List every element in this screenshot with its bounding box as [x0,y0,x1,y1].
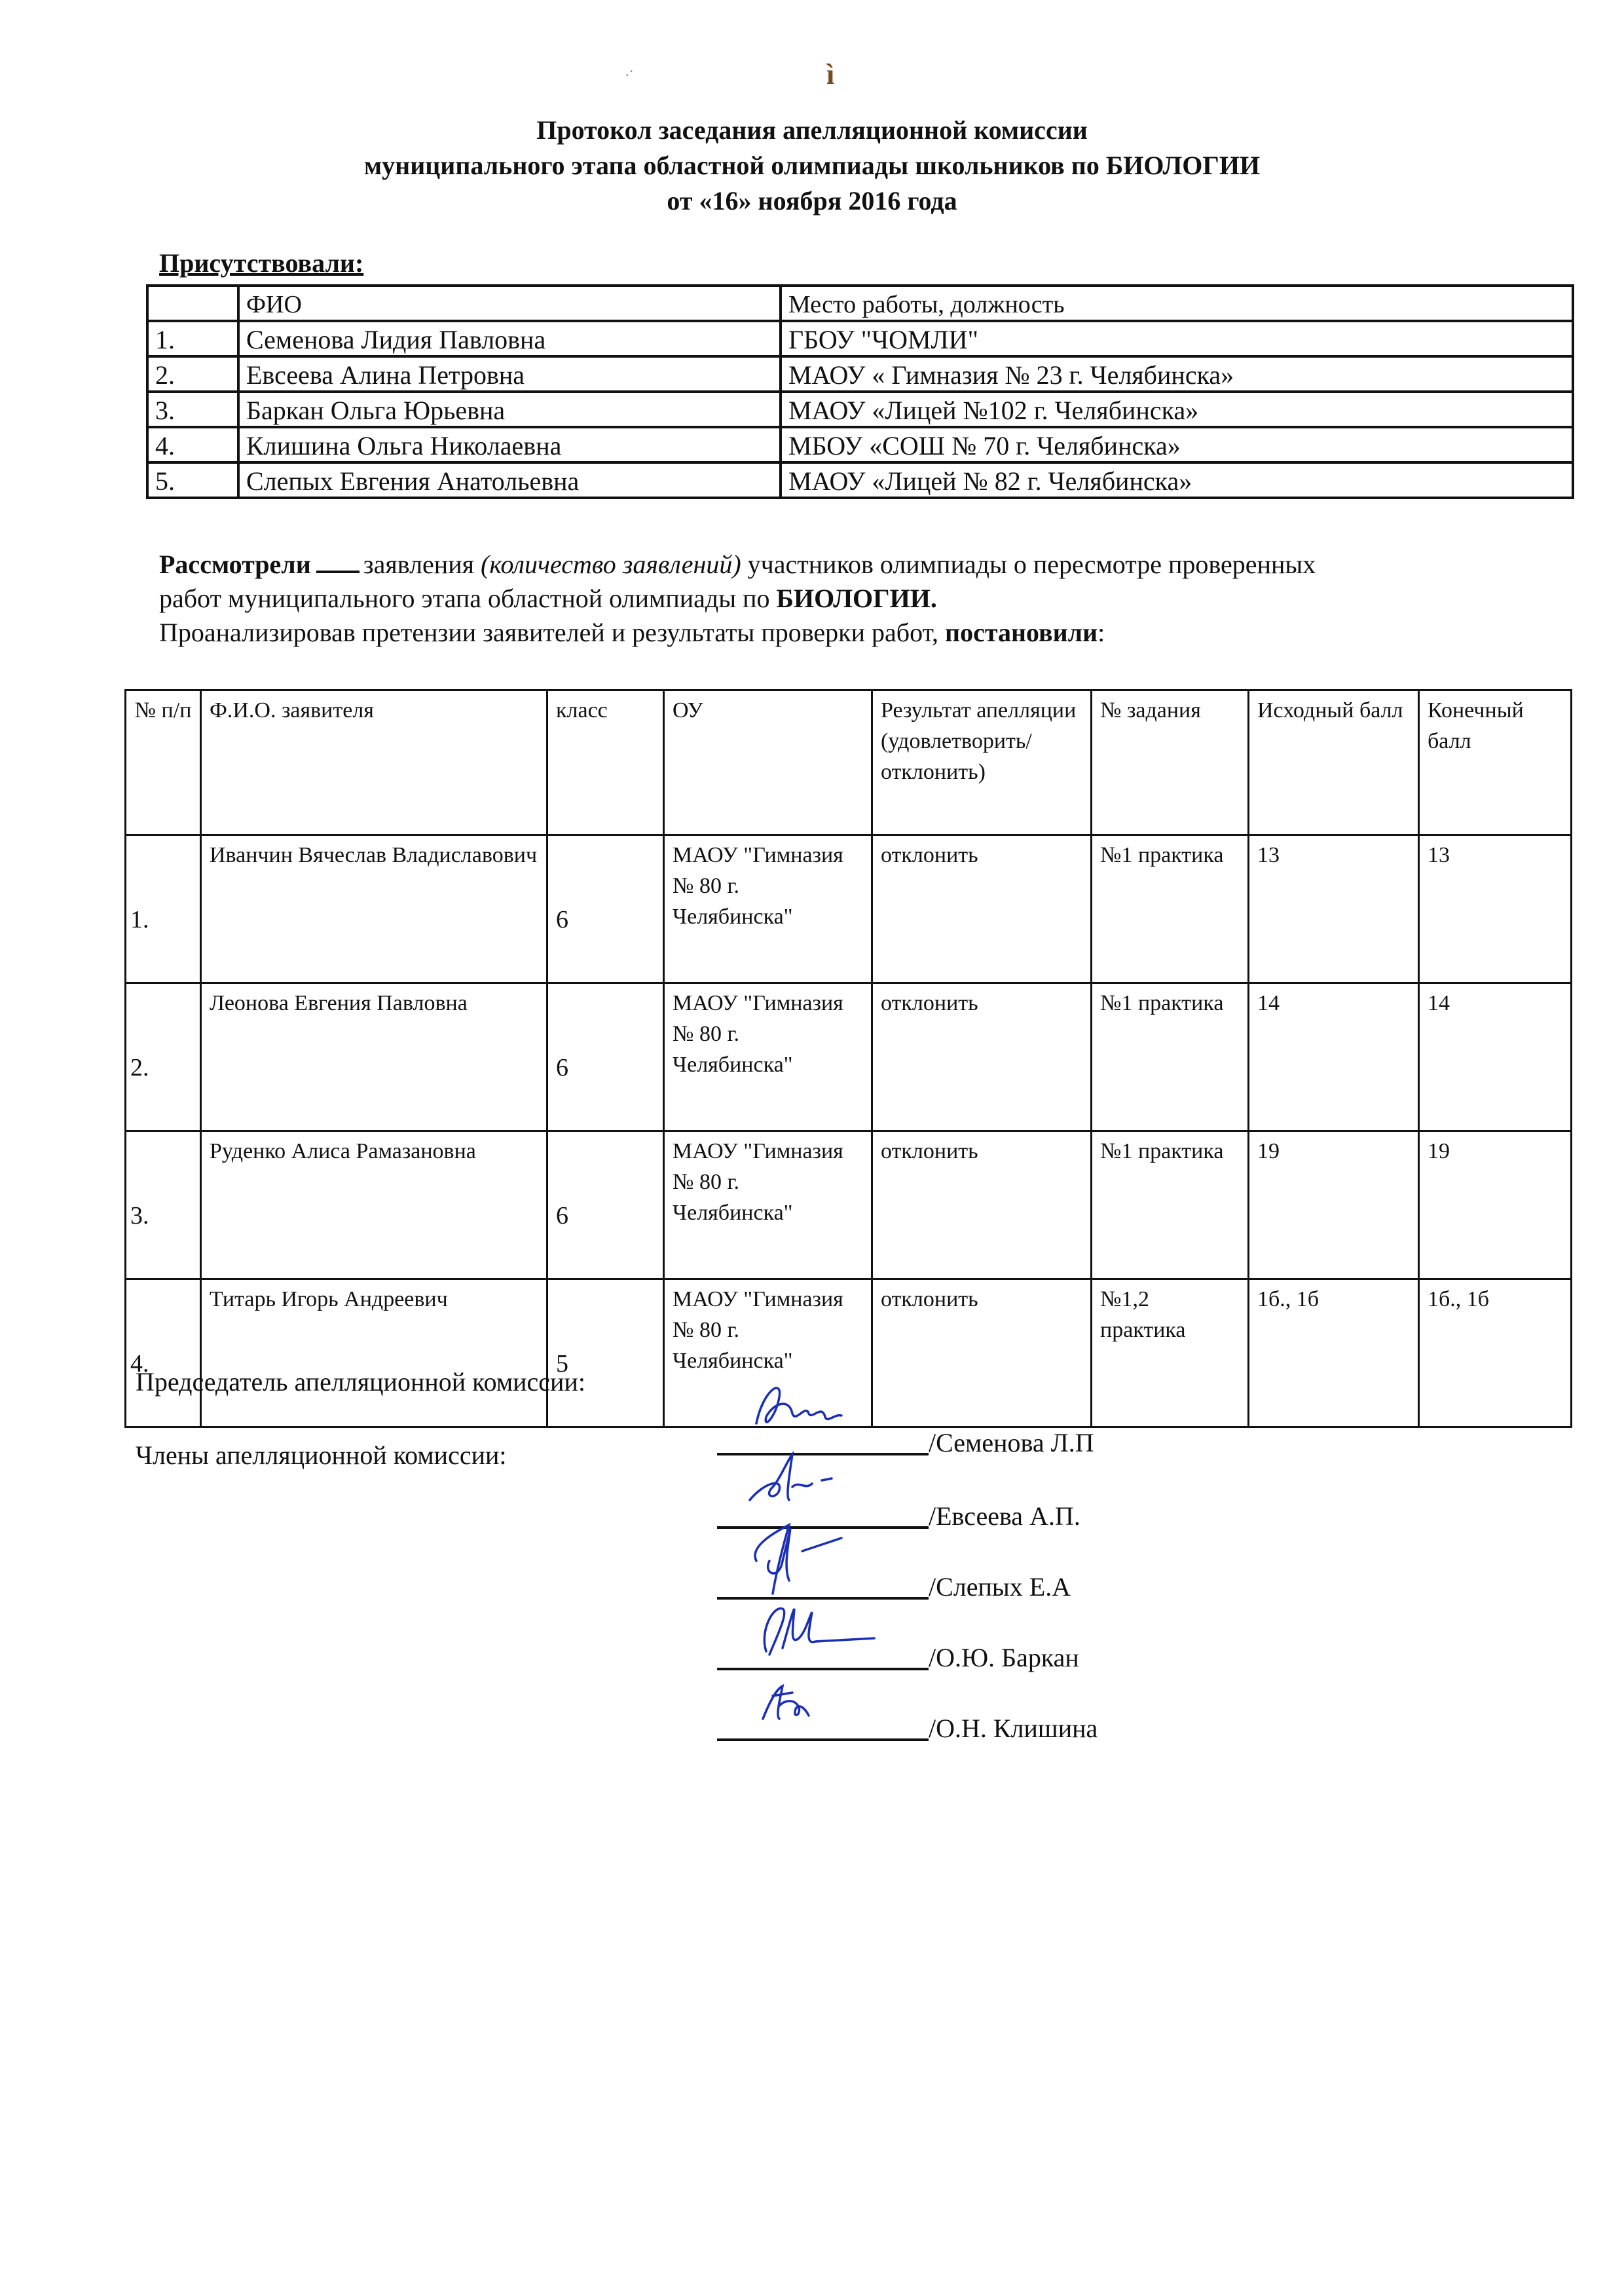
attendee-number: 1. [147,321,238,356]
appeal-row: 3.Руденко Алиса Рамазановна6МАОУ "Гимназ… [126,1131,1572,1279]
considered-paragraph: Рассмотрелизаявления (количество заявлен… [159,548,1567,650]
title-line-3: от «16» ноября 2016 года [0,183,1624,219]
applicant-grade: 6 [547,1131,664,1279]
members-label: Члены апелляционной комиссии: [136,1440,507,1471]
attendee-row: 5.Слепых Евгения АнатольевнаМАОУ «Лицей … [147,462,1573,498]
line1-rest: участников олимпиады о пересмотре провер… [748,550,1316,579]
header-cell-grade: класс [547,690,664,835]
line2-start: работ муниципального этапа областной оли… [159,584,770,613]
header-cell-fio: ФИО [238,286,781,321]
handwritten-signature-icon [743,1378,894,1453]
header-cell-num: № п/п [126,690,201,835]
scan-speck: ì [826,58,834,91]
header-cell-initial-score: Исходный балл [1249,690,1419,835]
attendee-number: 3. [147,392,238,427]
attendees-header-row: ФИО Место работы, должность [147,286,1573,321]
attendee-name: Клишина Ольга Николаевна [238,427,781,462]
attendees-table: ФИО Место работы, должность 1.Семенова Л… [146,284,1574,499]
appeal-number: 2. [126,983,201,1131]
applicant-name: Руденко Алиса Рамазановна [201,1131,547,1279]
signature-row: /Евсеева А.П. [717,1470,1306,1529]
attendee-row: 4.Клишина Ольга НиколаевнаМБОУ «СОШ № 70… [147,427,1573,462]
final-score: 1б., 1б [1419,1279,1572,1427]
attendee-row: 3.Баркан Ольга ЮрьевнаМАОУ «Лицей №102 г… [147,392,1573,427]
attendee-row: 1.Семенова Лидия ПавловнаГБОУ "ЧОМЛИ" [147,321,1573,356]
header-cell-result: Результат апелляции (удовлетворить/ откл… [872,690,1092,835]
applicant-school: МАОУ "Гимназия № 80 г. Челябинска" [664,1131,872,1279]
signatory-name: /О.Н. Клишина [929,1713,1098,1744]
attendees-label: Присутствовали: [159,248,363,278]
scan-speck: .· [625,63,634,80]
task-number: №1 практика [1092,983,1249,1131]
header-cell-final-score: Конечный балл [1419,690,1572,835]
appeal-number: 3. [126,1131,201,1279]
attendee-number: 4. [147,427,238,462]
task-number: №1 практика [1092,1131,1249,1279]
appeals-header-row: № п/п Ф.И.О. заявителя класс ОУ Результа… [126,690,1572,835]
attendee-workplace: МБОУ «СОШ № 70 г. Челябинска» [781,427,1573,462]
appeal-result: отклонить [872,983,1092,1131]
line3-end: : [1098,618,1105,647]
applicant-school: МАОУ "Гимназия № 80 г. Челябинска" [664,983,872,1131]
applicant-name: Леонова Евгения Павловна [201,983,547,1131]
applicant-grade: 5 [547,1279,664,1427]
appeal-result: отклонить [872,835,1092,983]
final-score: 13 [1419,835,1572,983]
attendee-name: Слепых Евгения Анатольевна [238,462,781,498]
attendee-name: Семенова Лидия Павловна [238,321,781,356]
document-title: Протокол заседания апелляционной комисси… [0,113,1624,219]
attendee-workplace: ГБОУ "ЧОМЛИ" [781,321,1573,356]
signatory-name: /Семенова Л.П [929,1427,1094,1458]
initial-score: 14 [1249,983,1419,1131]
appeal-row: 1.Иванчин Вячеслав Владиславович6МАОУ "Г… [126,835,1572,983]
applicant-grade: 6 [547,983,664,1131]
applicant-name: Иванчин Вячеслав Владиславович [201,835,547,983]
count-hint: (количество заявлений) [481,550,741,579]
attendee-row: 2.Евсеева Алина ПетровнаМАОУ « Гимназия … [147,356,1573,392]
appeal-row: 2.Леонова Евгения Павловна6МАОУ "Гимнази… [126,983,1572,1131]
signatory-name: /О.Ю. Баркан [929,1642,1079,1673]
header-cell-applicant: Ф.И.О. заявителя [201,690,547,835]
signature-row: /О.Н. Клишина [717,1682,1306,1741]
task-number: №1 практика [1092,835,1249,983]
attendee-workplace: МАОУ « Гимназия № 23 г. Челябинска» [781,356,1573,392]
subject-name: БИОЛОГИИ [777,584,931,613]
handwritten-signature-icon [743,1451,894,1526]
appeal-result: отклонить [872,1131,1092,1279]
handwritten-signature-icon [743,1522,894,1597]
chair-label: Председатель апелляционной комиссии: [136,1366,585,1397]
signature-row: /О.Ю. Баркан [717,1611,1306,1670]
statement-count-blank [316,551,360,573]
handwritten-signature-icon [743,1592,894,1668]
signatory-name: /Слепых Е.А [929,1571,1071,1602]
statements-word: заявления [363,550,474,579]
attendee-number: 5. [147,462,238,498]
final-score: 14 [1419,983,1572,1131]
title-line-1: Протокол заседания апелляционной комисси… [0,113,1624,148]
header-cell-task: № задания [1092,690,1249,835]
applicant-grade: 6 [547,835,664,983]
attendee-workplace: МАОУ «Лицей №102 г. Челябинска» [781,392,1573,427]
attendee-number: 2. [147,356,238,392]
signatory-name: /Евсеева А.П. [929,1501,1080,1531]
initial-score: 19 [1249,1131,1419,1279]
final-score: 19 [1419,1131,1572,1279]
header-cell-school: ОУ [664,690,872,835]
header-cell-workplace: Место работы, должность [781,286,1573,321]
initial-score: 13 [1249,835,1419,983]
line3-start: Проанализировав претензии заявителей и р… [159,618,938,647]
title-line-2: муниципального этапа областной олимпиады… [0,148,1624,183]
signature-row: /Семенова Л.П [717,1397,1306,1455]
line2-end: . [931,584,937,613]
handwritten-signature-icon [743,1663,894,1738]
attendee-name: Баркан Ольга Юрьевна [238,392,781,427]
header-cell-num [147,286,238,321]
applicant-school: МАОУ "Гимназия № 80 г. Челябинска" [664,835,872,983]
signature-row: /Слепых Е.А [717,1541,1306,1600]
attendee-name: Евсеева Алина Петровна [238,356,781,392]
decided-word: постановили [945,618,1098,647]
signature-line [717,1738,929,1741]
appeal-number: 4. [126,1279,201,1427]
appeal-number: 1. [126,835,201,983]
appeals-table: № п/п Ф.И.О. заявителя класс ОУ Результа… [124,689,1572,1428]
applicant-name: Титарь Игорь Андреевич [201,1279,547,1427]
considered-word: Рассмотрели [159,550,311,579]
attendee-workplace: МАОУ «Лицей № 82 г. Челябинска» [781,462,1573,498]
